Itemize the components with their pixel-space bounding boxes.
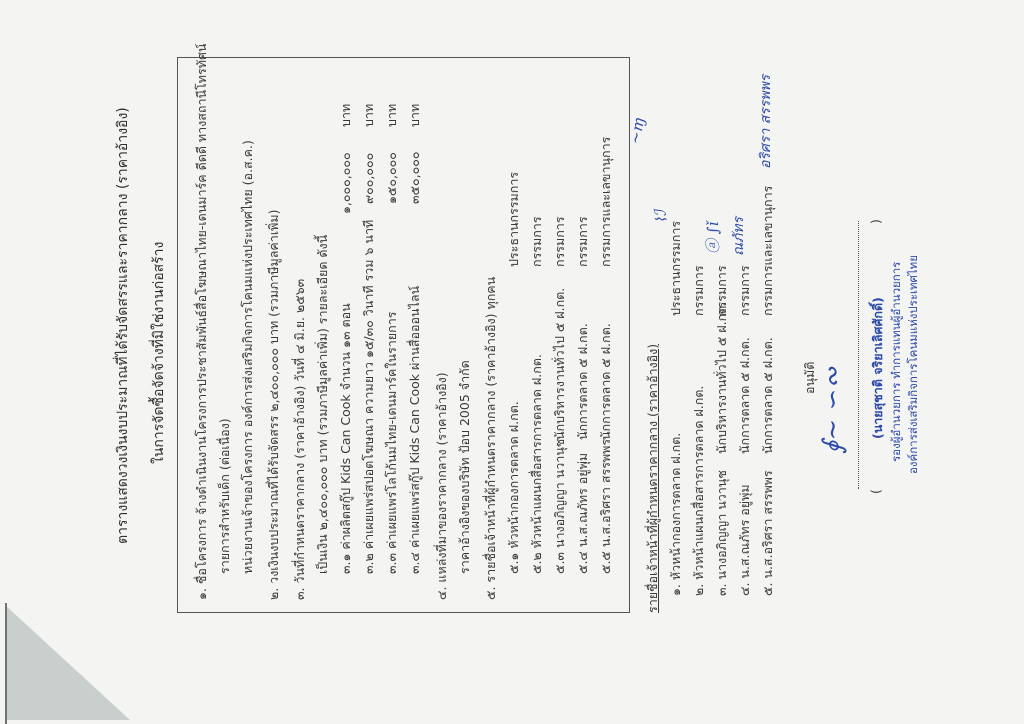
signer-name: ๔. น.ส.ณภัทร อยู่พุ่ม	[735, 484, 755, 596]
cost-item-label: ๓.๑ ค่าผลิตสกู๊ป Kids Can Cook จำนวน ๑๓ …	[336, 303, 356, 574]
cost-item-unit: บาท	[405, 104, 425, 127]
signer-role: กรรมการ	[735, 265, 755, 316]
cost-item-unit: บาท	[382, 104, 402, 127]
document-title: ตารางแสดงวงเงินงบประมาณที่ได้รับจัดสรรแล…	[112, 107, 134, 544]
member-name: ๕.๑ หัวหน้ากองการตลาด ฝ.กต.	[504, 401, 524, 574]
document-subtitle: ในการจัดซื้อจัดจ้างที่มิใช่งานก่อสร้าง	[148, 242, 170, 464]
member-name: ๕.๕ น.ส.อริศรา สรรพพร	[596, 439, 616, 574]
cost-item-amount: ๓๕๐,๐๐๐	[405, 152, 425, 205]
signer-role: กรรมการ	[712, 265, 732, 316]
approver-title: รองผู้อำนวยการ ทำการแทนผู้อำนวยการ	[888, 262, 906, 462]
cost-item-amount: ๑,๐๐๐,๐๐๐	[336, 152, 356, 214]
signer-name: ๑. หัวหน้ากองการตลาด ฝ.กต.	[666, 433, 686, 596]
cost-item-unit: บาท	[336, 104, 356, 127]
signer-role: ประธานกรรมการ	[666, 221, 686, 316]
member-position: นักบริหารงานทั่วไป ๕ ฝ.กต.	[550, 288, 570, 440]
section-4-line-1: ๔. แหล่งที่มาของราคากลาง (ราคาอ้างอิง)	[432, 372, 452, 600]
approver-organization: องค์การส่งเสริมกิจการโคนมแห่งประเทศไทย	[905, 255, 923, 474]
member-name: ๕.๒ หัวหน้าแผนกสื่อสารการตลาด ฝ.กต.	[527, 354, 547, 574]
close-paren: )	[868, 219, 883, 224]
signature-line	[858, 221, 859, 489]
signature: ⌇ℐ	[651, 208, 671, 225]
member-position: นักการตลาด ๕ ฝ.กต.	[596, 323, 616, 440]
details-box: ๑. ชื่อโครงการ จ้างดำเนินงานโครงการประชา…	[177, 57, 630, 613]
member-role: กรรมการ	[573, 216, 593, 267]
section-3-line-2: เป็นเงิน ๒,๔๐๐,๐๐๐ บาท (รวมภาษีมูลค่าเพิ…	[313, 235, 333, 574]
signer-position: นักบริหารงานทั่วไป ๕ ฝ.กต.	[712, 302, 732, 454]
section-2-line-1: ๒. วงเงินงบประมาณที่ได้รับจัดสรร ๒,๔๐๐,๐…	[264, 210, 284, 600]
signer-position: นักการตลาด ๕ ฝ.กต.	[735, 337, 755, 454]
approval-signature: ∮∼ ∽∾	[818, 367, 848, 454]
signature: อริศรา สรรพพร	[755, 75, 777, 169]
document-page: ตารางแสดงวงเงินงบประมาณที่ได้รับจัดสรรแล…	[0, 0, 1024, 724]
signer-name: ๓. นางอภิญญา นวานุช	[712, 470, 732, 596]
member-name: ๕.๔ น.ส.ณภัทร อยู่พุ่ม	[573, 453, 593, 574]
cost-item-label: ๓.๓ ค่าเผยแพร่โลโก้นมไทย-เดนมาร์คในรายกา…	[382, 312, 402, 574]
signer-name: ๕. น.ส.อริศรา สรรพพร	[758, 470, 778, 596]
approver-name: (นายสุชาติ จริยาเลิศศักดิ์)	[868, 297, 888, 439]
signature: ⓐ ∫ǐ	[702, 222, 723, 254]
cost-item-amount: ๙๐๐,๐๐๐	[359, 153, 379, 204]
signer-role: กรรมการและเลขานุการ	[758, 186, 778, 316]
cost-item-label: ๓.๒ ค่าเผยแพร่สปอตโฆษณา ความยาว ๑๕/๓๐ วิ…	[359, 220, 379, 574]
section-1-line-3: หน่วยงานเจ้าของโครงการ องค์การส่งเสริมกิ…	[238, 140, 258, 574]
section-1-line-2: รายการสำหรับเด็ก (ต่อเนื่อง)	[215, 418, 235, 574]
signer-role: กรรมการ	[689, 265, 709, 316]
member-name: ๕.๓ นางอภิญญา นวานุช	[550, 439, 570, 574]
member-role: กรรมการและเลขานุการ	[596, 137, 616, 267]
member-role: ประธานกรรมการ	[504, 172, 524, 267]
cost-item-amount: ๑๕๐,๐๐๐	[382, 152, 402, 204]
member-role: กรรมการ	[527, 216, 547, 267]
signature: ณภัทร	[728, 217, 750, 256]
section-4-line-2: ราคาอ้างอิงของบริษัท ป้อบ 2005 จำกัด	[455, 360, 475, 574]
section-1-line-1: ๑. ชื่อโครงการ จ้างดำเนินงานโครงการประชา…	[192, 44, 212, 600]
signature: ~ɱ	[626, 116, 648, 146]
signer-name: ๒. หัวหน้าแผนกสื่อสารการตลาด ฝ.กต.	[689, 386, 709, 596]
signer-position: นักการตลาด ๕ ฝ.กต.	[758, 337, 778, 454]
open-paren: (	[868, 489, 883, 494]
committee-heading: รายชื่อเจ้าหน้าที่ผู้กำหนดราคากลาง (ราคา…	[643, 344, 663, 613]
member-role: กรรมการ	[550, 216, 570, 267]
section-3-line-1: ๓. วันที่กำหนดราคากลาง (ราคาอ้างอิง) วัน…	[290, 279, 310, 600]
member-position: นักการตลาด ๕ ฝ.กต.	[573, 323, 593, 440]
approval-label: อนุมัติ	[800, 362, 820, 394]
cost-item-unit: บาท	[359, 104, 379, 127]
cost-item-label: ๓.๔ ค่าเผยแพร่สกู๊ป Kids Can Cook ผ่านสื…	[405, 286, 425, 574]
section-5-line-1: ๕. รายชื่อเจ้าหน้าที่ผู้กำหนดราคากลาง (ร…	[481, 277, 501, 600]
